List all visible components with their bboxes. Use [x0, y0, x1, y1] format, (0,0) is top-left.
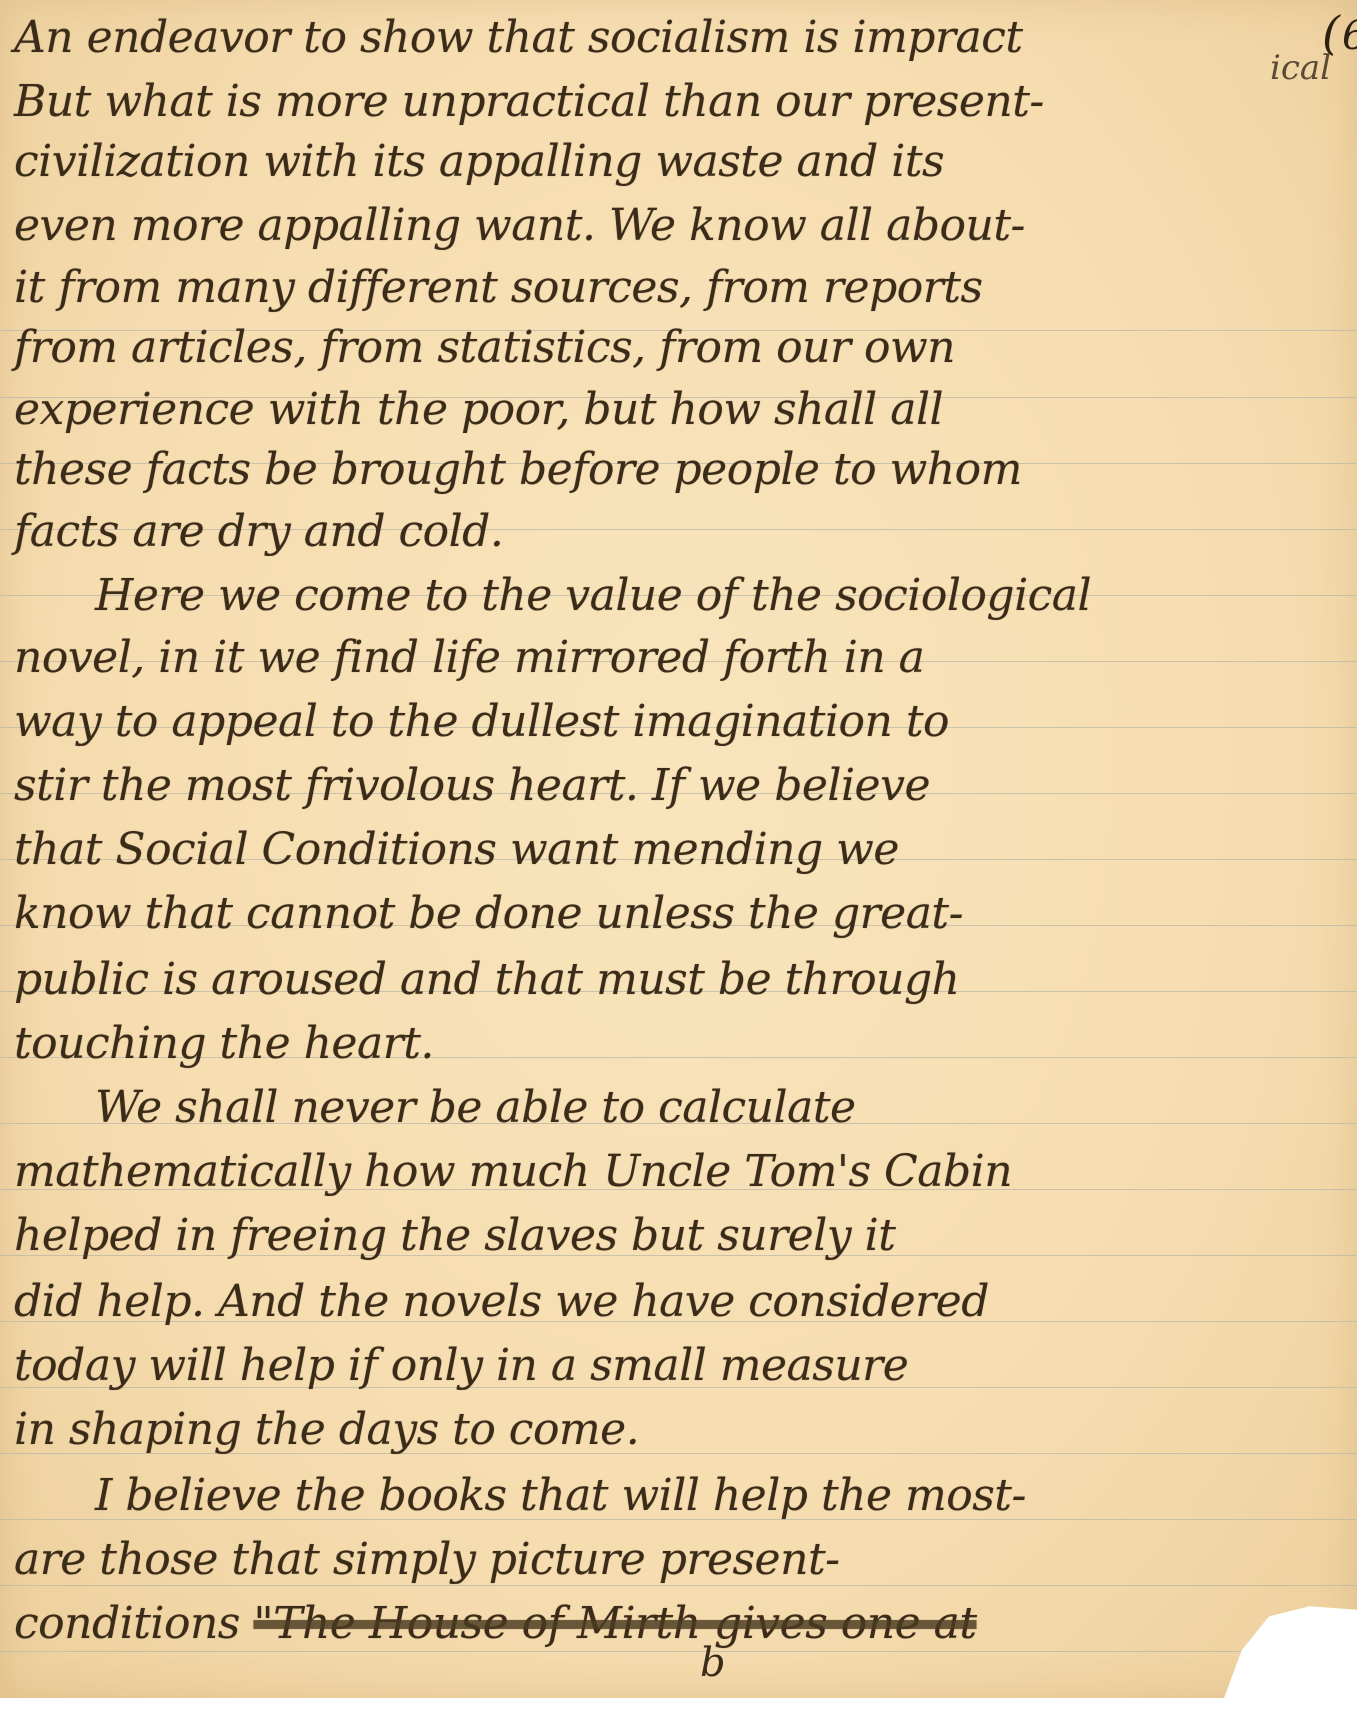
- manuscript-line: it from many different sources, from rep…: [14, 258, 983, 318]
- line-text: in shaping the days to come.: [14, 1404, 639, 1455]
- page-number-value: 6: [1342, 13, 1365, 59]
- manuscript-line: experience with the poor, but how shall …: [14, 380, 943, 440]
- line-text: these facts be brought before people to …: [14, 444, 1022, 495]
- line-text: experience with the poor, but how shall …: [14, 384, 943, 435]
- line-text: touching the heart.: [14, 1018, 434, 1069]
- line-text: did help. And the novels we have conside…: [14, 1276, 989, 1327]
- manuscript-page: (6 ical An endeavor to show that sociali…: [0, 0, 1357, 1698]
- line-text: are those that simply picture present-: [14, 1534, 840, 1585]
- line-text: mathematically how much Uncle Tom's Cabi…: [14, 1146, 1012, 1197]
- line-text: public is aroused and that must be throu…: [14, 954, 959, 1005]
- manuscript-line: conditions "The House of Mirth gives one…: [14, 1594, 977, 1654]
- manuscript-line: these facts be brought before people to …: [14, 440, 1022, 500]
- manuscript-line: stir the most frivolous heart. If we bel…: [14, 756, 930, 816]
- manuscript-line: way to appeal to the dullest imagination…: [14, 692, 949, 752]
- line-text: But what is more unpractical than our pr…: [14, 76, 1044, 127]
- line-text: even more appalling want. We know all ab…: [14, 200, 1025, 251]
- line-text: Here we come to the value of the sociolo…: [95, 570, 1091, 621]
- manuscript-line: facts are dry and cold.: [14, 502, 503, 562]
- line-text: facts are dry and cold.: [14, 506, 503, 557]
- wrapped-word-fragment: ical: [1270, 48, 1331, 88]
- line-text: novel, in it we find life mirrored forth…: [14, 632, 924, 683]
- manuscript-line: But what is more unpractical than our pr…: [14, 72, 1044, 132]
- manuscript-line: know that cannot be done unless the grea…: [14, 884, 963, 944]
- line-text: stir the most frivolous heart. If we bel…: [14, 760, 930, 811]
- line-text: it from many different sources, from rep…: [14, 262, 983, 313]
- manuscript-line: Here we come to the value of the sociolo…: [95, 566, 1091, 626]
- line-text: We shall never be able to calculate: [95, 1082, 856, 1133]
- manuscript-line: from articles, from statistics, from our…: [14, 318, 955, 378]
- line-text: from articles, from statistics, from our…: [14, 322, 955, 373]
- manuscript-line: in shaping the days to come.: [14, 1400, 639, 1460]
- line-text: I believe the books that will help the m…: [95, 1470, 1026, 1521]
- line-text: civilization with its appalling waste an…: [14, 136, 944, 187]
- manuscript-line: public is aroused and that must be throu…: [14, 950, 959, 1010]
- line-text: helped in freeing the slaves but surely …: [14, 1210, 895, 1261]
- insertion-mark: b: [700, 1640, 726, 1686]
- manuscript-line: novel, in it we find life mirrored forth…: [14, 628, 924, 688]
- manuscript-line: today will help if only in a small measu…: [14, 1336, 908, 1396]
- manuscript-line: helped in freeing the slaves but surely …: [14, 1206, 895, 1266]
- manuscript-line: that Social Conditions want mending we: [14, 820, 899, 880]
- line-text: know that cannot be done unless the grea…: [14, 888, 963, 939]
- line-text: today will help if only in a small measu…: [14, 1340, 908, 1391]
- manuscript-line: An endeavor to show that socialism is im…: [14, 8, 1023, 68]
- manuscript-line: did help. And the novels we have conside…: [14, 1272, 989, 1332]
- struck-through-text: "The House of Mirth gives one at: [253, 1598, 976, 1649]
- manuscript-line: I believe the books that will help the m…: [95, 1466, 1026, 1526]
- manuscript-line: are those that simply picture present-: [14, 1530, 840, 1590]
- line-text: way to appeal to the dullest imagination…: [14, 696, 949, 747]
- line-text: An endeavor to show that socialism is im…: [14, 12, 1023, 63]
- manuscript-line: civilization with its appalling waste an…: [14, 132, 944, 192]
- manuscript-line: We shall never be able to calculate: [95, 1078, 856, 1138]
- manuscript-line: even more appalling want. We know all ab…: [14, 196, 1025, 256]
- manuscript-line: touching the heart.: [14, 1014, 434, 1074]
- line-text: that Social Conditions want mending we: [14, 824, 899, 875]
- manuscript-line: mathematically how much Uncle Tom's Cabi…: [14, 1142, 1012, 1202]
- line-text: conditions: [14, 1598, 240, 1649]
